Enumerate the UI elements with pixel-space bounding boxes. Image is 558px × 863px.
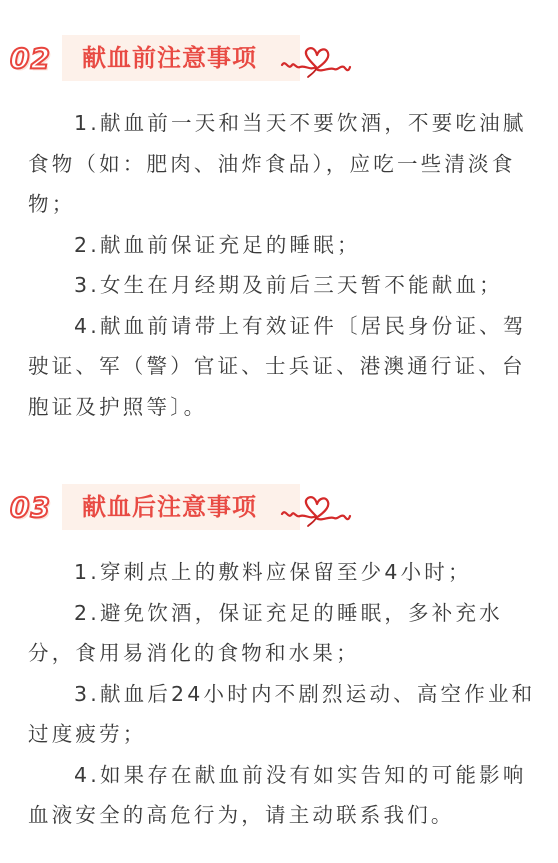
- list-item: 3.献血后24小时内不剧烈运动、高空作业和过度疲劳；: [28, 674, 538, 755]
- list-item: 4.献血前请带上有效证件〔居民身份证、驾驶证、军（警）官证、士兵证、港澳通行证、…: [28, 306, 538, 428]
- section-after-donation: 03 献血后注意事项 1.穿刺点上的敷料应保留至少4小时； 2.避免饮酒，保证充…: [0, 484, 558, 536]
- list-item: 1.穿刺点上的敷料应保留至少4小时；: [28, 552, 538, 593]
- section-title: 献血前注意事项: [82, 42, 257, 74]
- list-item: 2.献血前保证充足的睡眠；: [28, 225, 538, 266]
- heart-ribbon-icon: [280, 45, 352, 79]
- section-title: 献血后注意事项: [82, 491, 257, 523]
- section-header: 03 献血后注意事项: [0, 484, 558, 536]
- list-item: 2.避免饮酒，保证充足的睡眠，多补充水分，食用易消化的食物和水果；: [28, 593, 538, 674]
- section-header: 02 献血前注意事项: [0, 35, 558, 87]
- list-item: 3.女生在月经期及前后三天暂不能献血；: [28, 265, 538, 306]
- list-item: 1.献血前一天和当天不要饮酒，不要吃油腻食物（如：肥肉、油炸食品），应吃一些清淡…: [28, 103, 538, 225]
- section-before-donation: 02 献血前注意事项 1.献血前一天和当天不要饮酒，不要吃油腻食物（如：肥肉、油…: [0, 35, 558, 87]
- section-number: 03: [10, 492, 51, 524]
- section-body: 1.穿刺点上的敷料应保留至少4小时； 2.避免饮酒，保证充足的睡眠，多补充水分，…: [28, 552, 538, 836]
- section-number: 02: [10, 43, 51, 75]
- section-body: 1.献血前一天和当天不要饮酒，不要吃油腻食物（如：肥肉、油炸食品），应吃一些清淡…: [28, 103, 538, 427]
- list-item: 4.如果存在献血前没有如实告知的可能影响血液安全的高危行为，请主动联系我们。: [28, 755, 538, 836]
- heart-ribbon-icon: [280, 494, 352, 528]
